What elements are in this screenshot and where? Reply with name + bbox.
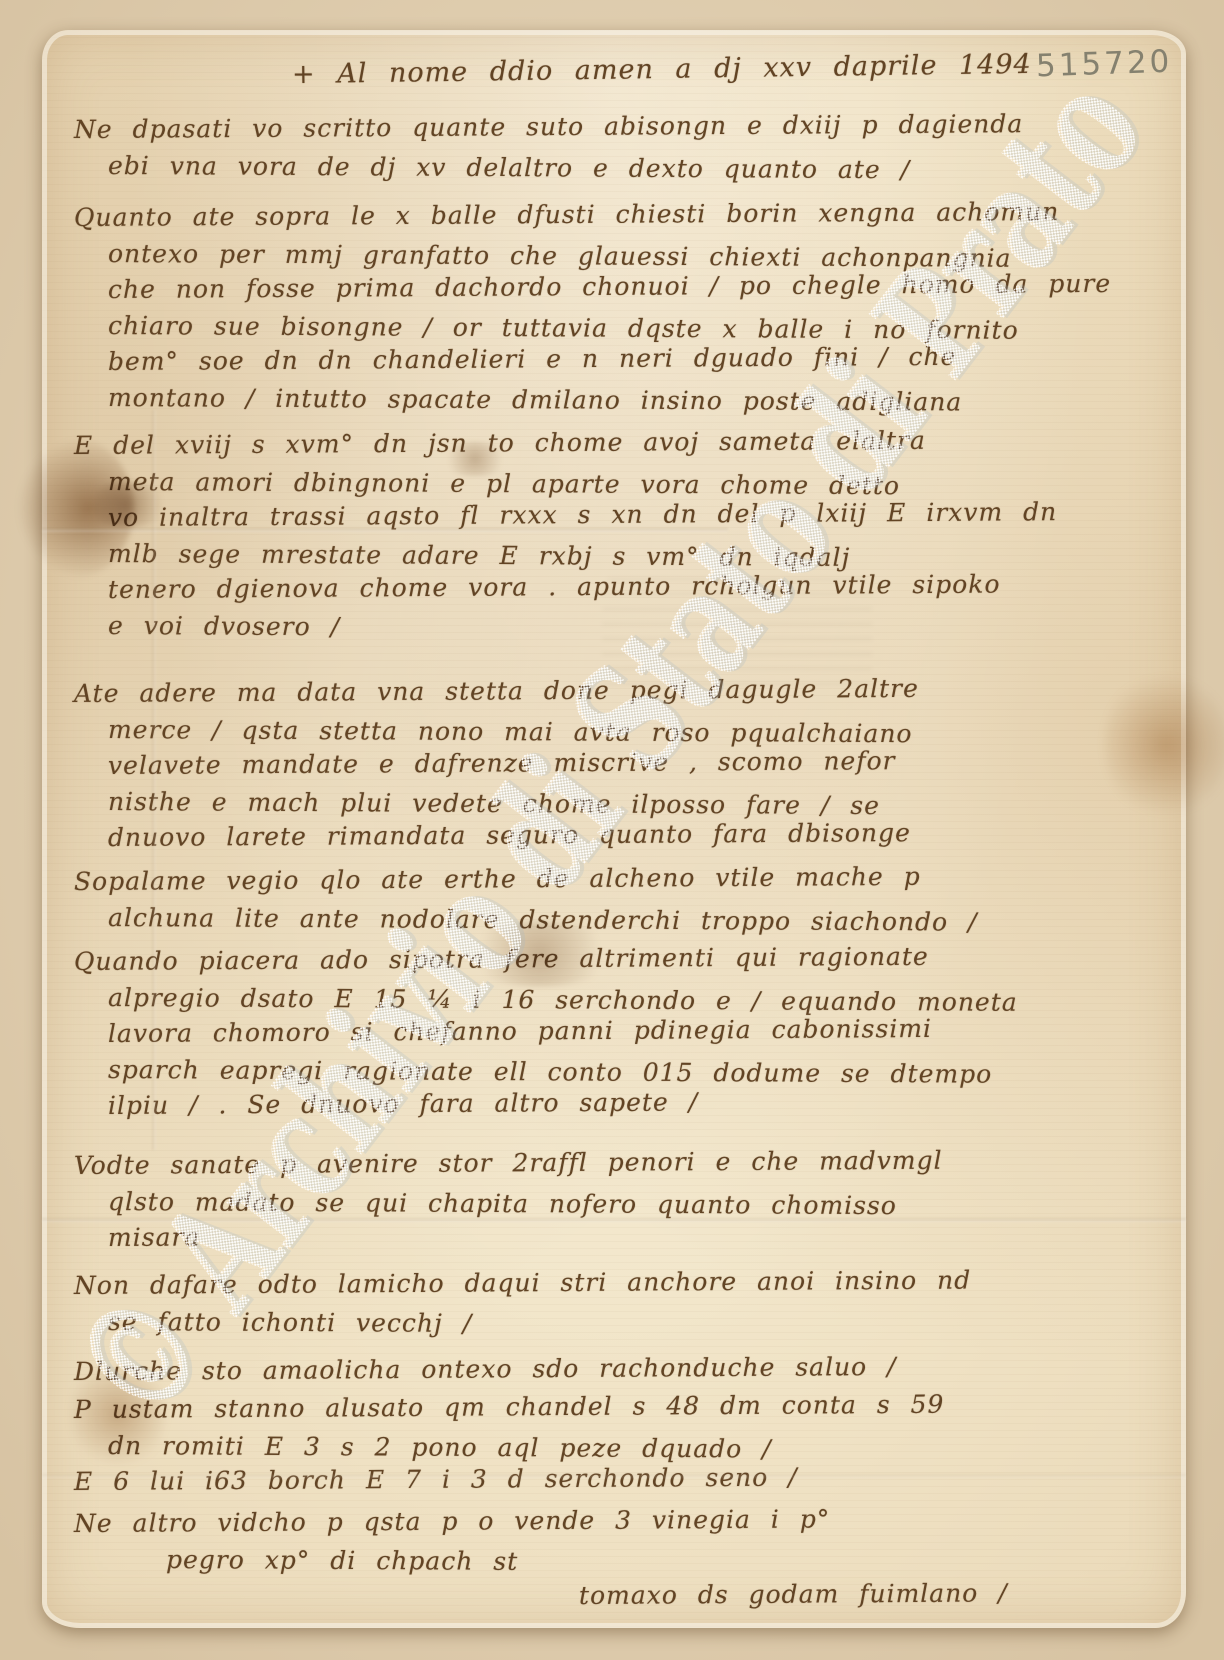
paragraph: Non dafare odto lamicho daqui stri ancho… <box>54 1268 1164 1340</box>
manuscript-line: E 6 lui i63 borch E 7 i 3 d serchondo se… <box>74 1457 1164 1500</box>
header-invocation-line: + Al nome ddio amen a dj xxv daprile 149… <box>292 49 1032 90</box>
manuscript-line: misara <box>108 1214 1164 1256</box>
scanner-backing: + Al nome ddio amen a dj xxv daprile 149… <box>0 0 1224 1660</box>
manuscript-body: Ne dpasati vo scritto quante suto abison… <box>54 112 1164 1614</box>
archive-number: 515720 <box>1035 44 1173 85</box>
paragraph: Ne altro vidcho p qsta p o vende 3 vineg… <box>54 1506 1164 1614</box>
paragraph: Quanto ate sopra le x balle dfusti chies… <box>54 200 1164 416</box>
manuscript-line: vo inaltra trassi aqsto fl rxxx s xn dn … <box>108 494 1164 536</box>
manuscript-line: ilpiu / . Se dnuovo fara altro sapete / <box>108 1082 1164 1124</box>
paragraph: Vodte sanate p avenire stor 2raffl penor… <box>54 1148 1164 1256</box>
manuscript-line: Vodte sanate p avenire stor 2raffl penor… <box>74 1141 1164 1184</box>
manuscript-line: che non fosse prima dachordo chonuoi / p… <box>108 266 1164 308</box>
manuscript-line: e voi dvosero / <box>108 608 1164 650</box>
manuscript-line: dnuovo larete rimandata seguro quanto fa… <box>108 814 1164 856</box>
manuscript-line: tenero dgienova chome vora . apunto rcho… <box>108 566 1164 608</box>
manuscript-line: Ne altro vidcho p qsta p o vende 3 vineg… <box>74 1499 1164 1542</box>
paragraph: P ustam stanno alusato qm chandel s 48 d… <box>54 1392 1164 1500</box>
manuscript-line: Quanto ate sopra le x balle dfusti chies… <box>74 193 1164 236</box>
paragraph: Quando piacera ado sipotra fere altrimen… <box>54 944 1164 1124</box>
manuscript-line: Quando piacera ado sipotra fere altrimen… <box>74 937 1164 980</box>
manuscript-line: Ate adere ma data vna stetta done pegi d… <box>74 669 1164 712</box>
paragraph: Ate adere ma data vna stetta done pegi d… <box>54 676 1164 856</box>
manuscript-line: lavora chomoro si chefanno panni pdinegi… <box>108 1010 1164 1052</box>
manuscript-line: alchuna lite ante nodolare dstenderchi t… <box>108 900 1164 942</box>
manuscript-line: Dlurche sto amaolicha ontexo sdo rachond… <box>74 1347 1164 1390</box>
manuscript-line: Sopalame vegio qlo ate erthe de alcheno … <box>74 857 1164 900</box>
manuscript-line: Ne dpasati vo scritto quante suto abison… <box>74 105 1164 148</box>
paragraph: E del xviij s xvm° dn jsn to chome avoj … <box>54 428 1164 644</box>
manuscript-paper: + Al nome ddio amen a dj xxv daprile 149… <box>42 30 1186 1628</box>
paragraph: Ne dpasati vo scritto quante suto abison… <box>54 112 1164 184</box>
manuscript-line: bem° soe dn dn chandelieri e n neri dgua… <box>108 338 1164 380</box>
manuscript-line: E del xviij s xvm° dn jsn to chome avoj … <box>74 421 1164 464</box>
paragraph: Dlurche sto amaolicha ontexo sdo rachond… <box>54 1354 1164 1390</box>
manuscript-line: montano / intutto spacate dmilano insino… <box>108 380 1164 422</box>
manuscript-line: Non dafare odto lamicho daqui stri ancho… <box>74 1261 1164 1304</box>
manuscript-line: ebi vna vora de dj xv delaltro e dexto q… <box>108 148 1164 190</box>
manuscript-line: P ustam stanno alusato qm chandel s 48 d… <box>74 1385 1164 1428</box>
manuscript-line: velavete mandate e dafrenze miscrive , s… <box>108 742 1164 784</box>
paragraph: Sopalame vegio qlo ate erthe de alcheno … <box>54 864 1164 936</box>
manuscript-line: se fatto ichonti vecchj / <box>108 1304 1164 1346</box>
manuscript-line: tomaxo ds godam fuimlano / <box>579 1574 1164 1614</box>
